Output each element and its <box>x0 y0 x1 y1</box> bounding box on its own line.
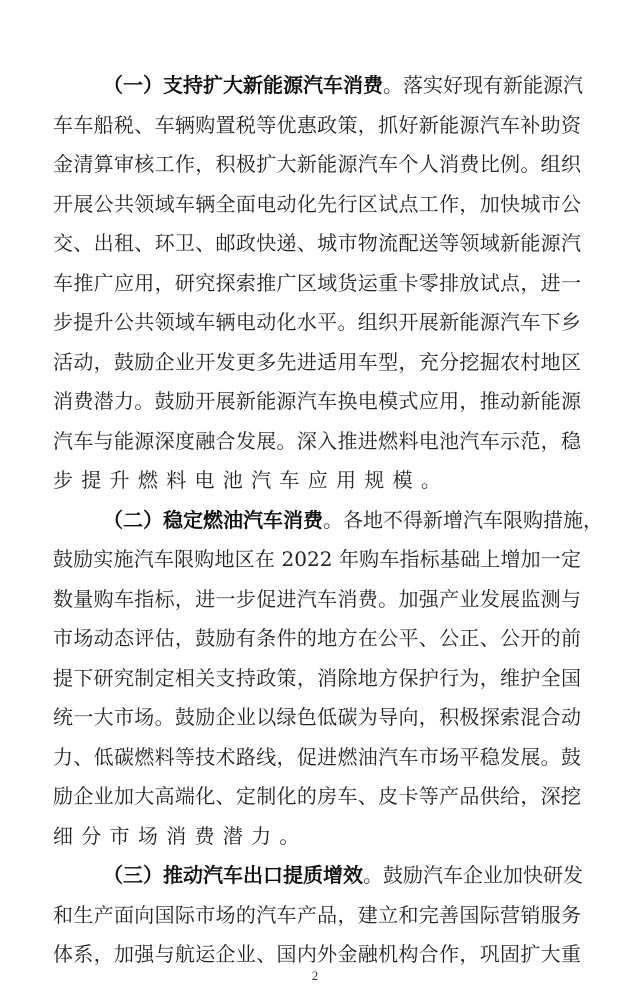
section-1-line-3: 金清算审核工作，积极扩大新能源汽车个人消费比例。组织 <box>53 149 581 179</box>
section-2-line-7: 力、低碳燃料等技术路线，促进燃油汽车市场平稳发展。鼓 <box>53 742 581 772</box>
section-1-line-6: 车推广应用，研究探索推广区域货运重卡零排放试点，进一 <box>53 268 581 298</box>
section-2-line-1: （二）稳定燃油汽车消费。各地不得新增汽车限购措施， <box>103 505 581 535</box>
section-2-line-3: 数量购车指标，进一步促进汽车消费。加强产业发展监测与 <box>53 584 581 614</box>
section-2-line-4: 市场动态评估，鼓励有条件的地方在公平、公正、公开的前 <box>53 623 581 653</box>
section-2-line-5: 提下研究制定相关支持政策，消除地方保护行为，维护全国 <box>53 663 581 693</box>
page-number: 2 <box>0 968 630 984</box>
section-3-line-1: （三）推动汽车出口提质增效。鼓励汽车企业加快研发 <box>103 860 581 890</box>
section-1-line-1: （一）支持扩大新能源汽车消费。落实好现有新能源汽 <box>103 70 581 100</box>
section-1-line-4: 开展公共领域车辆全面电动化先行区试点工作，加快城市公 <box>53 189 581 219</box>
section-3-heading: （三）推动汽车出口提质增效 <box>103 863 363 887</box>
section-1-line-10: 汽车与能源深度融合发展。深入推进燃料电池汽车示范，稳 <box>53 426 581 456</box>
section-1-heading: （一）支持扩大新能源汽车消费 <box>103 73 383 97</box>
section-1-line-5: 交、出租、环卫、邮政快递、城市物流配送等领域新能源汽 <box>53 228 581 258</box>
section-1-line-9: 消费潜力。鼓励开展新能源汽车换电模式应用，推动新能源 <box>53 386 581 416</box>
section-3-line-3: 体系，加强与航运企业、国内外金融机构合作，巩固扩大重 <box>53 939 581 969</box>
section-2-line-6: 统一大市场。鼓励企业以绿色低碳为导向，积极探索混合动 <box>53 702 581 732</box>
document-page: （一）支持扩大新能源汽车消费。落实好现有新能源汽 车车船税、车辆购置税等优惠政策… <box>0 0 630 1000</box>
section-1-line-8: 活动，鼓励企业开发更多先进适用车型，充分挖掘农村地区 <box>53 347 581 377</box>
section-1-line-2: 车车船税、车辆购置税等优惠政策，抓好新能源汽车补助资 <box>53 110 581 140</box>
section-3-line-2: 和生产面向国际市场的汽车产品，建立和完善国际营销服务 <box>53 900 581 930</box>
section-2-heading: （二）稳定燃油汽车消费 <box>103 508 323 532</box>
section-2-line-2: 鼓励实施汽车限购地区在 2022 年购车指标基础上增加一定 <box>53 544 581 574</box>
section-2-line-9: 细分市场消费潜力。 <box>53 821 581 851</box>
section-2-line-8: 励企业加大高端化、定制化的房车、皮卡等产品供给，深挖 <box>53 781 581 811</box>
section-1-line-11: 步提升燃料电池汽车应用规模。 <box>53 465 581 495</box>
section-1-line-7: 步提升公共领域车辆电动化水平。组织开展新能源汽车下乡 <box>53 307 581 337</box>
